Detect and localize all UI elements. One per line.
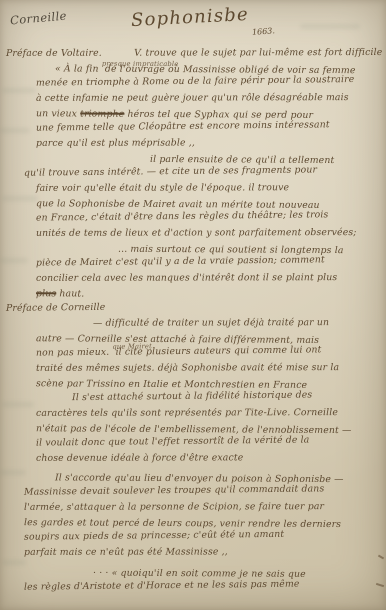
manuscript-line: menée en triomphe à Rome ou de la faire … <box>0 72 382 91</box>
manuscript-page: Corneille Sophonisbe 1663. Préface de Vo… <box>0 0 386 610</box>
manuscript-line: l'armée, s'attaquer à la personne de Sci… <box>0 499 382 515</box>
section-heading-line: Préface de Voltaire. V. trouve que le su… <box>0 45 382 61</box>
manuscript-line: non pas mieux. que Mairet il cite plusie… <box>0 342 382 361</box>
page-year: 1663. <box>252 26 275 37</box>
manuscript-line: qu'il trouve sans intérêt. — et cite un … <box>0 162 382 181</box>
manuscript-line: unités de tems de lieux et d'action y so… <box>0 225 382 241</box>
struck-word: triomphe <box>80 108 124 119</box>
manuscript-line: concilier cela avec les manques d'intérê… <box>0 270 382 286</box>
manuscript-line: à cette infamie ne peut guère jouer qu'u… <box>0 90 382 106</box>
page-title: Sophonisbe <box>131 4 250 31</box>
manuscript-line: en France, c'était d'être dans les règle… <box>0 207 382 226</box>
corner-annotation: Corneille <box>9 9 67 28</box>
manuscript-line: pièce de Mairet c'est qu'il y a de la vr… <box>0 252 382 271</box>
manuscript-body: Préface de Voltaire. V. trouve que le su… <box>0 46 382 595</box>
manuscript-line: Il s'est attaché surtout à la fidélité h… <box>0 387 382 406</box>
manuscript-line: les règles d'Aristote et d'Horace et ne … <box>0 576 382 595</box>
manuscript-line: caractères tels qu'ils sont représentés … <box>0 405 382 421</box>
manuscript-line: parce qu'il est plus méprisable ,, <box>0 135 382 151</box>
struck-word: plus <box>36 288 56 299</box>
verso-bleed-smudge <box>300 24 360 29</box>
manuscript-line: traité des mêmes sujets. déjà Sophonisbe… <box>0 360 382 376</box>
manuscript-line: — difficulté de traiter un sujet déjà tr… <box>0 315 382 331</box>
manuscript-line: il voulait donc que tout l'effet ressort… <box>0 432 382 451</box>
manuscript-line: parfait mais ce n'eût pas été Massinisse… <box>0 544 382 560</box>
section-heading-line: Préface de Corneille <box>0 297 382 316</box>
manuscript-line: chose devenue idéale à force d'être exac… <box>0 450 382 466</box>
manuscript-line: soupirs aux pieds de sa princesse; c'eût… <box>0 526 382 545</box>
manuscript-line: faire voir qu'elle était du style de l'é… <box>0 180 382 196</box>
manuscript-line: Massinisse devait soulever les troupes q… <box>0 481 382 500</box>
manuscript-line: une femme telle que Cléopâtre est encore… <box>0 117 382 136</box>
